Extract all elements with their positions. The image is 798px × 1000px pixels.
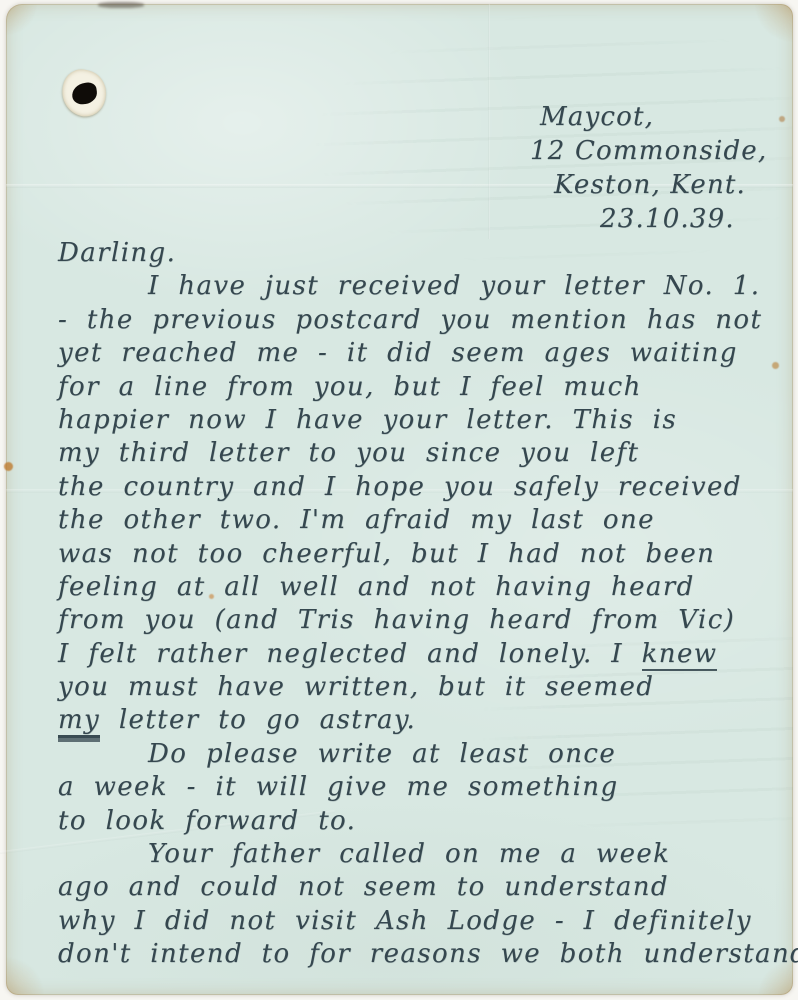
letter-line: was not too cheerful, but I had not been (58, 538, 777, 571)
letter-line: - the previous postcard you mention has … (58, 304, 777, 337)
letter-text: why I did not visit Ash Lodge - I defini… (58, 906, 752, 936)
heading-line: Keston, Kent. (530, 168, 767, 202)
heading-line: 12 Commonside, (530, 134, 767, 168)
vertical-fold-crease (488, 4, 490, 239)
letter-text: from you (and Tris having heard from Vic… (58, 605, 735, 635)
edge-smudge (98, 2, 144, 8)
letter-text: the country and I hope you safely receiv… (58, 472, 742, 502)
heading-line: Maycot, (530, 100, 767, 134)
letter-line: to look forward to. (58, 805, 777, 838)
letter-text: was not too cheerful, but I had not been (58, 539, 715, 569)
letter-line: my third letter to you since you left (58, 437, 777, 470)
letter-text: for a line from you, but I feel much (58, 372, 642, 402)
letter-line: feeling at all well and not having heard (58, 571, 777, 604)
letter-text: I have just received your letter No. 1. (148, 271, 760, 301)
letter-line: my letter to go astray. (58, 704, 777, 737)
letter-line: from you (and Tris having heard from Vic… (58, 604, 777, 637)
letter-line: happier now I have your letter. This is (58, 404, 777, 437)
letter-text: yet reached me - it did seem ages waitin… (58, 338, 738, 368)
letter-line: Darling. (58, 237, 777, 270)
letter-text: Do please write at least once (148, 739, 616, 769)
letter-text: feeling at all well and not having heard (58, 572, 695, 602)
letter-line: Your father called on me a week (58, 838, 777, 871)
letter-line: don't intend to for reasons we both unde… (58, 938, 777, 971)
letter-paper: Maycot,12 Commonside,Keston, Kent.23.10.… (6, 4, 793, 995)
letter-line: why I did not visit Ash Lodge - I defini… (58, 905, 777, 938)
letter-text: happier now I have your letter. This is (58, 405, 677, 435)
underlined-word: knew (642, 639, 718, 671)
letter-line: the other two. I'm afraid my last one (58, 504, 777, 537)
letter-text: I felt rather neglected and lonely. I (58, 639, 642, 669)
letter-text: Darling. (58, 238, 176, 268)
underlined-word: my (58, 705, 100, 735)
letter-line: you must have written, but it seemed (58, 671, 777, 704)
letter-heading-address-date: Maycot,12 Commonside,Keston, Kent.23.10.… (530, 100, 767, 236)
letter-text: - the previous postcard you mention has … (58, 305, 762, 335)
letter-line: for a line from you, but I feel much (58, 371, 777, 404)
letter-line: a week - it will give me something (58, 771, 777, 804)
letter-line: ago and could not seem to understand (58, 871, 777, 904)
letter-line: Do please write at least once (58, 738, 777, 771)
letter-text: letter to go astray. (100, 705, 416, 735)
letter-text: don't intend to for reasons we both unde… (58, 939, 798, 969)
heading-line: 23.10.39. (530, 202, 767, 236)
letter-line: yet reached me - it did seem ages waitin… (58, 337, 777, 370)
letter-text: you must have written, but it seemed (58, 672, 654, 702)
letter-text: Your father called on me a week (148, 839, 670, 869)
letter-line: I felt rather neglected and lonely. I kn… (58, 638, 777, 671)
scanned-letter: Maycot,12 Commonside,Keston, Kent.23.10.… (0, 0, 798, 1000)
foxing-spot (4, 462, 13, 471)
letter-line: the country and I hope you safely receiv… (58, 471, 777, 504)
letter-text: ago and could not seem to understand (58, 872, 669, 902)
foxing-spot (779, 116, 785, 122)
letter-text: my third letter to you since you left (58, 438, 639, 468)
letter-line: I have just received your letter No. 1. (58, 270, 777, 303)
letter-text: the other two. I'm afraid my last one (58, 505, 655, 535)
punch-hole (62, 70, 106, 116)
letter-text: a week - it will give me something (58, 772, 619, 802)
letter-text: to look forward to. (58, 806, 356, 836)
letter-body: Darling.I have just received your letter… (58, 237, 777, 972)
